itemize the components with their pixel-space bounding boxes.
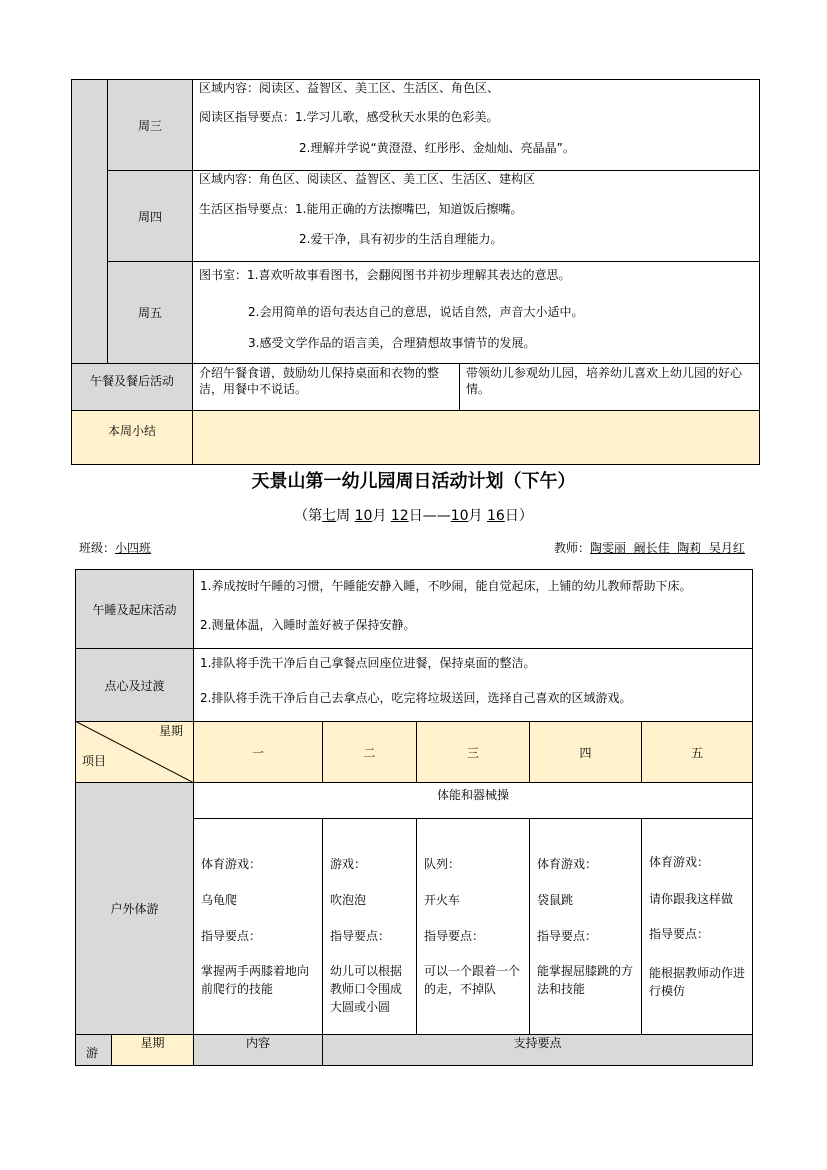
summary-content[interactable]	[192, 410, 760, 465]
teacher-value: 陶雯丽 阚长佳 陶莉 吴月红	[590, 541, 745, 555]
nap-label: 午睡及起床活动	[75, 569, 194, 649]
last-row-support-header: 支持要点	[322, 1034, 753, 1066]
region-side-column	[71, 79, 108, 364]
content-line: 阅读区指导要点：1.学习儿歌，感受秋天水果的色彩美。	[199, 110, 498, 124]
day-content-wed: 区域内容：阅读区、益智区、美工区、生活区、角色区、 阅读区指导要点：1.学习儿歌…	[192, 79, 760, 171]
weekday-header-mon: 一	[193, 721, 323, 783]
start-day: 12	[391, 508, 409, 524]
weekday-header-wed: 三	[416, 721, 530, 783]
content-line: 区域内容：角色区、阅读区、益智区、美工区、生活区、建构区	[199, 172, 535, 186]
weekday-header-tue: 二	[322, 721, 417, 783]
last-row-side: 游	[75, 1034, 112, 1066]
weekday-header-thu: 四	[529, 721, 642, 783]
end-month: 10	[451, 508, 469, 524]
snack-content: 1.排队将手洗干净后自己拿餐点回座位进餐，保持桌面的整洁。 2.排队将手洗干净后…	[193, 648, 753, 722]
class-info: 班级：小四班	[79, 541, 210, 555]
day-content-fri: 图书室：1.喜欢听故事看图书，会翻阅图书并初步理解其表达的意思。 2.会用简单的…	[192, 261, 760, 364]
content-line: 2.爱干净，具有初步的生活自理能力。	[299, 232, 502, 246]
outdoor-day-fri: 体育游戏： 请你跟我这样做 指导要点： 能根据教师动作进行模仿	[641, 818, 753, 1035]
last-row-content-header: 内容	[193, 1034, 323, 1066]
day-label-fri: 周五	[107, 261, 193, 364]
class-value: 小四班	[115, 541, 210, 555]
content-line: 图书室：1.喜欢听故事看图书，会翻阅图书并初步理解其表达的意思。	[199, 268, 570, 282]
day-content-thu: 区域内容：角色区、阅读区、益智区、美工区、生活区、建构区 生活区指导要点：1.能…	[192, 170, 760, 262]
weekday-header-fri: 五	[641, 721, 753, 783]
content-line: 区域内容：阅读区、益智区、美工区、生活区、角色区、	[199, 81, 499, 95]
week-number: 七	[322, 508, 336, 524]
outdoor-label: 户外体游	[75, 782, 194, 1035]
page-title: 天景山第一幼儿园周日活动计划（下午）	[0, 467, 827, 493]
content-line: 3.感受文学作品的语言美，合理猜想故事情节的发展。	[248, 336, 535, 350]
lunch-left: 介绍午餐食谱，鼓励幼儿保持桌面和衣物的整洁，用餐中不说话。	[192, 363, 460, 411]
outdoor-common: 体能和器械操	[193, 782, 753, 819]
day-label-thu: 周四	[107, 170, 193, 262]
content-line: 生活区指导要点：1.能用正确的方法擦嘴巴，知道饭后擦嘴。	[199, 202, 522, 216]
outdoor-day-thu: 体育游戏： 袋鼠跳 指导要点： 能掌握屈膝跳的方法和技能	[529, 818, 642, 1035]
week-range: （第七周 10月 12日——10月 16日）	[0, 505, 827, 525]
outdoor-day-wed: 队列： 开火车 指导要点： 可以一个跟着一个的走，不掉队	[416, 818, 530, 1035]
corner-header: 星期 项目	[75, 721, 194, 783]
lunch-right: 带领幼儿参观幼儿园，培养幼儿喜欢上幼儿园的好心情。	[459, 363, 760, 411]
day-label-wed: 周三	[107, 79, 193, 171]
content-line: 2.理解并学说“黄澄澄、红彤彤、金灿灿、亮晶晶”。	[299, 141, 575, 155]
outdoor-day-mon: 体育游戏： 乌龟爬 指导要点： 掌握两手两膝着地向前爬行的技能	[193, 818, 323, 1035]
content-line: 2.会用简单的语句表达自己的意思，说话自然，声音大小适中。	[248, 305, 583, 319]
outdoor-day-tue: 游戏： 吹泡泡 指导要点： 幼儿可以根据教师口令围成大圆或小圆	[322, 818, 417, 1035]
snack-label: 点心及过渡	[75, 648, 194, 722]
last-row-weekday: 星期	[111, 1034, 194, 1066]
teacher-info: 教师：陶雯丽 阚长佳 陶莉 吴月红	[554, 541, 745, 555]
lunch-label: 午餐及餐后活动	[71, 363, 193, 411]
end-day: 16	[487, 508, 505, 524]
start-month: 10	[355, 508, 373, 524]
nap-content: 1.养成按时午睡的习惯，午睡能安静入睡，不吵闹，能自觉起床，上铺的幼儿教师帮助下…	[193, 569, 753, 649]
summary-label: 本周小结	[71, 410, 193, 465]
